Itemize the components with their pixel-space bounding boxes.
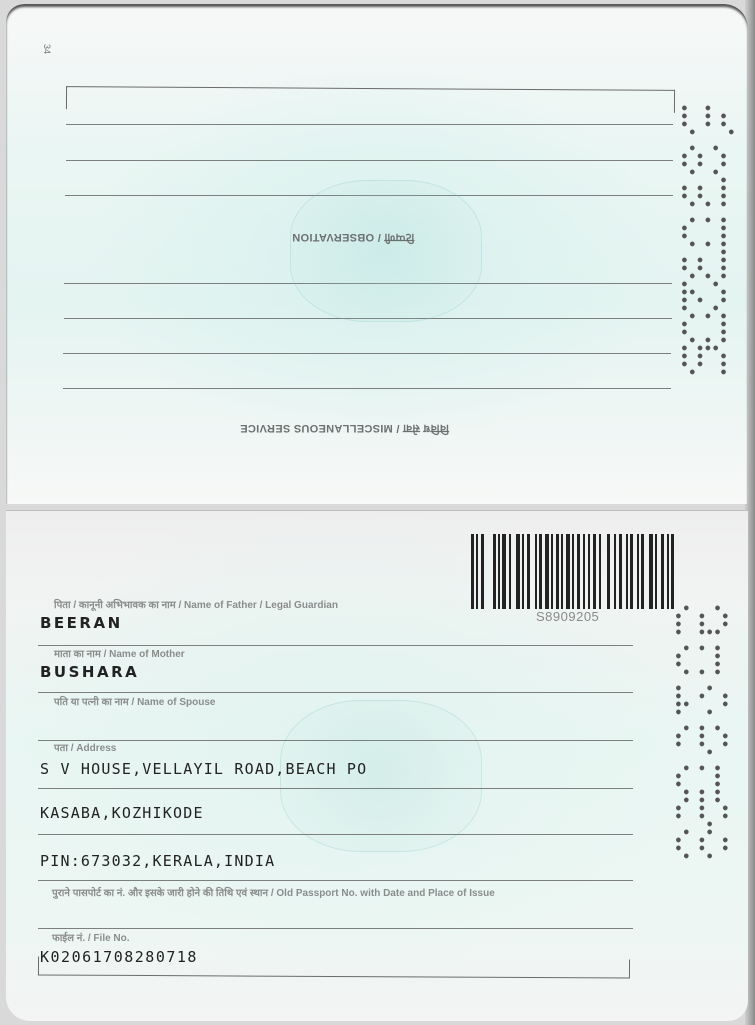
perforated-number-top: ● ● ● ● ● ● ● ● ● ● ● ● ● ● ● ● ● ● ● ● … [682,104,737,376]
mother-name-label: माता का नाम / Name of Mother [54,646,185,660]
father-name-label: पिता / कानूनी अभिभावक का नाम / Name of F… [54,597,338,611]
address-line-1: S V HOUSE,VELLAYIL ROAD,BEACH PO [40,760,367,778]
file-number-label: फाईल नं. / File No. [52,930,130,944]
national-emblem-watermark-icon [290,180,482,322]
observation-frame [66,86,675,113]
ruled-line [38,928,633,929]
address-label: पता / Address [54,740,116,754]
misc-service-heading: विविध सेवा / MISCELLANEOUS SERVICE [240,421,449,436]
barcode-number: S8909205 [536,609,599,624]
page-number: 34 [42,44,52,54]
spouse-name-label: पति या पत्नी का नाम / Name of Spouse [54,694,215,708]
ruled-line [38,880,633,881]
ruled-line [38,788,633,789]
perforated-number-bottom: ● ● ● ● ● ● ● ● ● ●●● ● ● ● ● ● ● ● ● ● … [676,604,731,860]
barcode-icon [471,534,676,609]
address-line-2: KASABA,KOZHIKODE [40,804,204,822]
mother-name-value: BUSHARA [40,663,139,681]
address-line-3: PIN:673032,KERALA,INDIA [40,852,275,870]
observation-heading: टिप्पणी / OBSERVATION [292,230,414,245]
ruled-line [66,160,673,161]
ruled-line [63,353,671,354]
ruled-line [63,388,671,389]
old-passport-label: पुराने पासपोर्ट का नं. और इसके जारी होने… [52,885,495,899]
ruled-line [38,740,633,741]
file-number-frame [38,956,630,978]
ruled-line [38,834,633,835]
ruled-line [66,124,673,125]
father-name-value: BEERAN [40,614,123,632]
ruled-line [38,692,633,693]
